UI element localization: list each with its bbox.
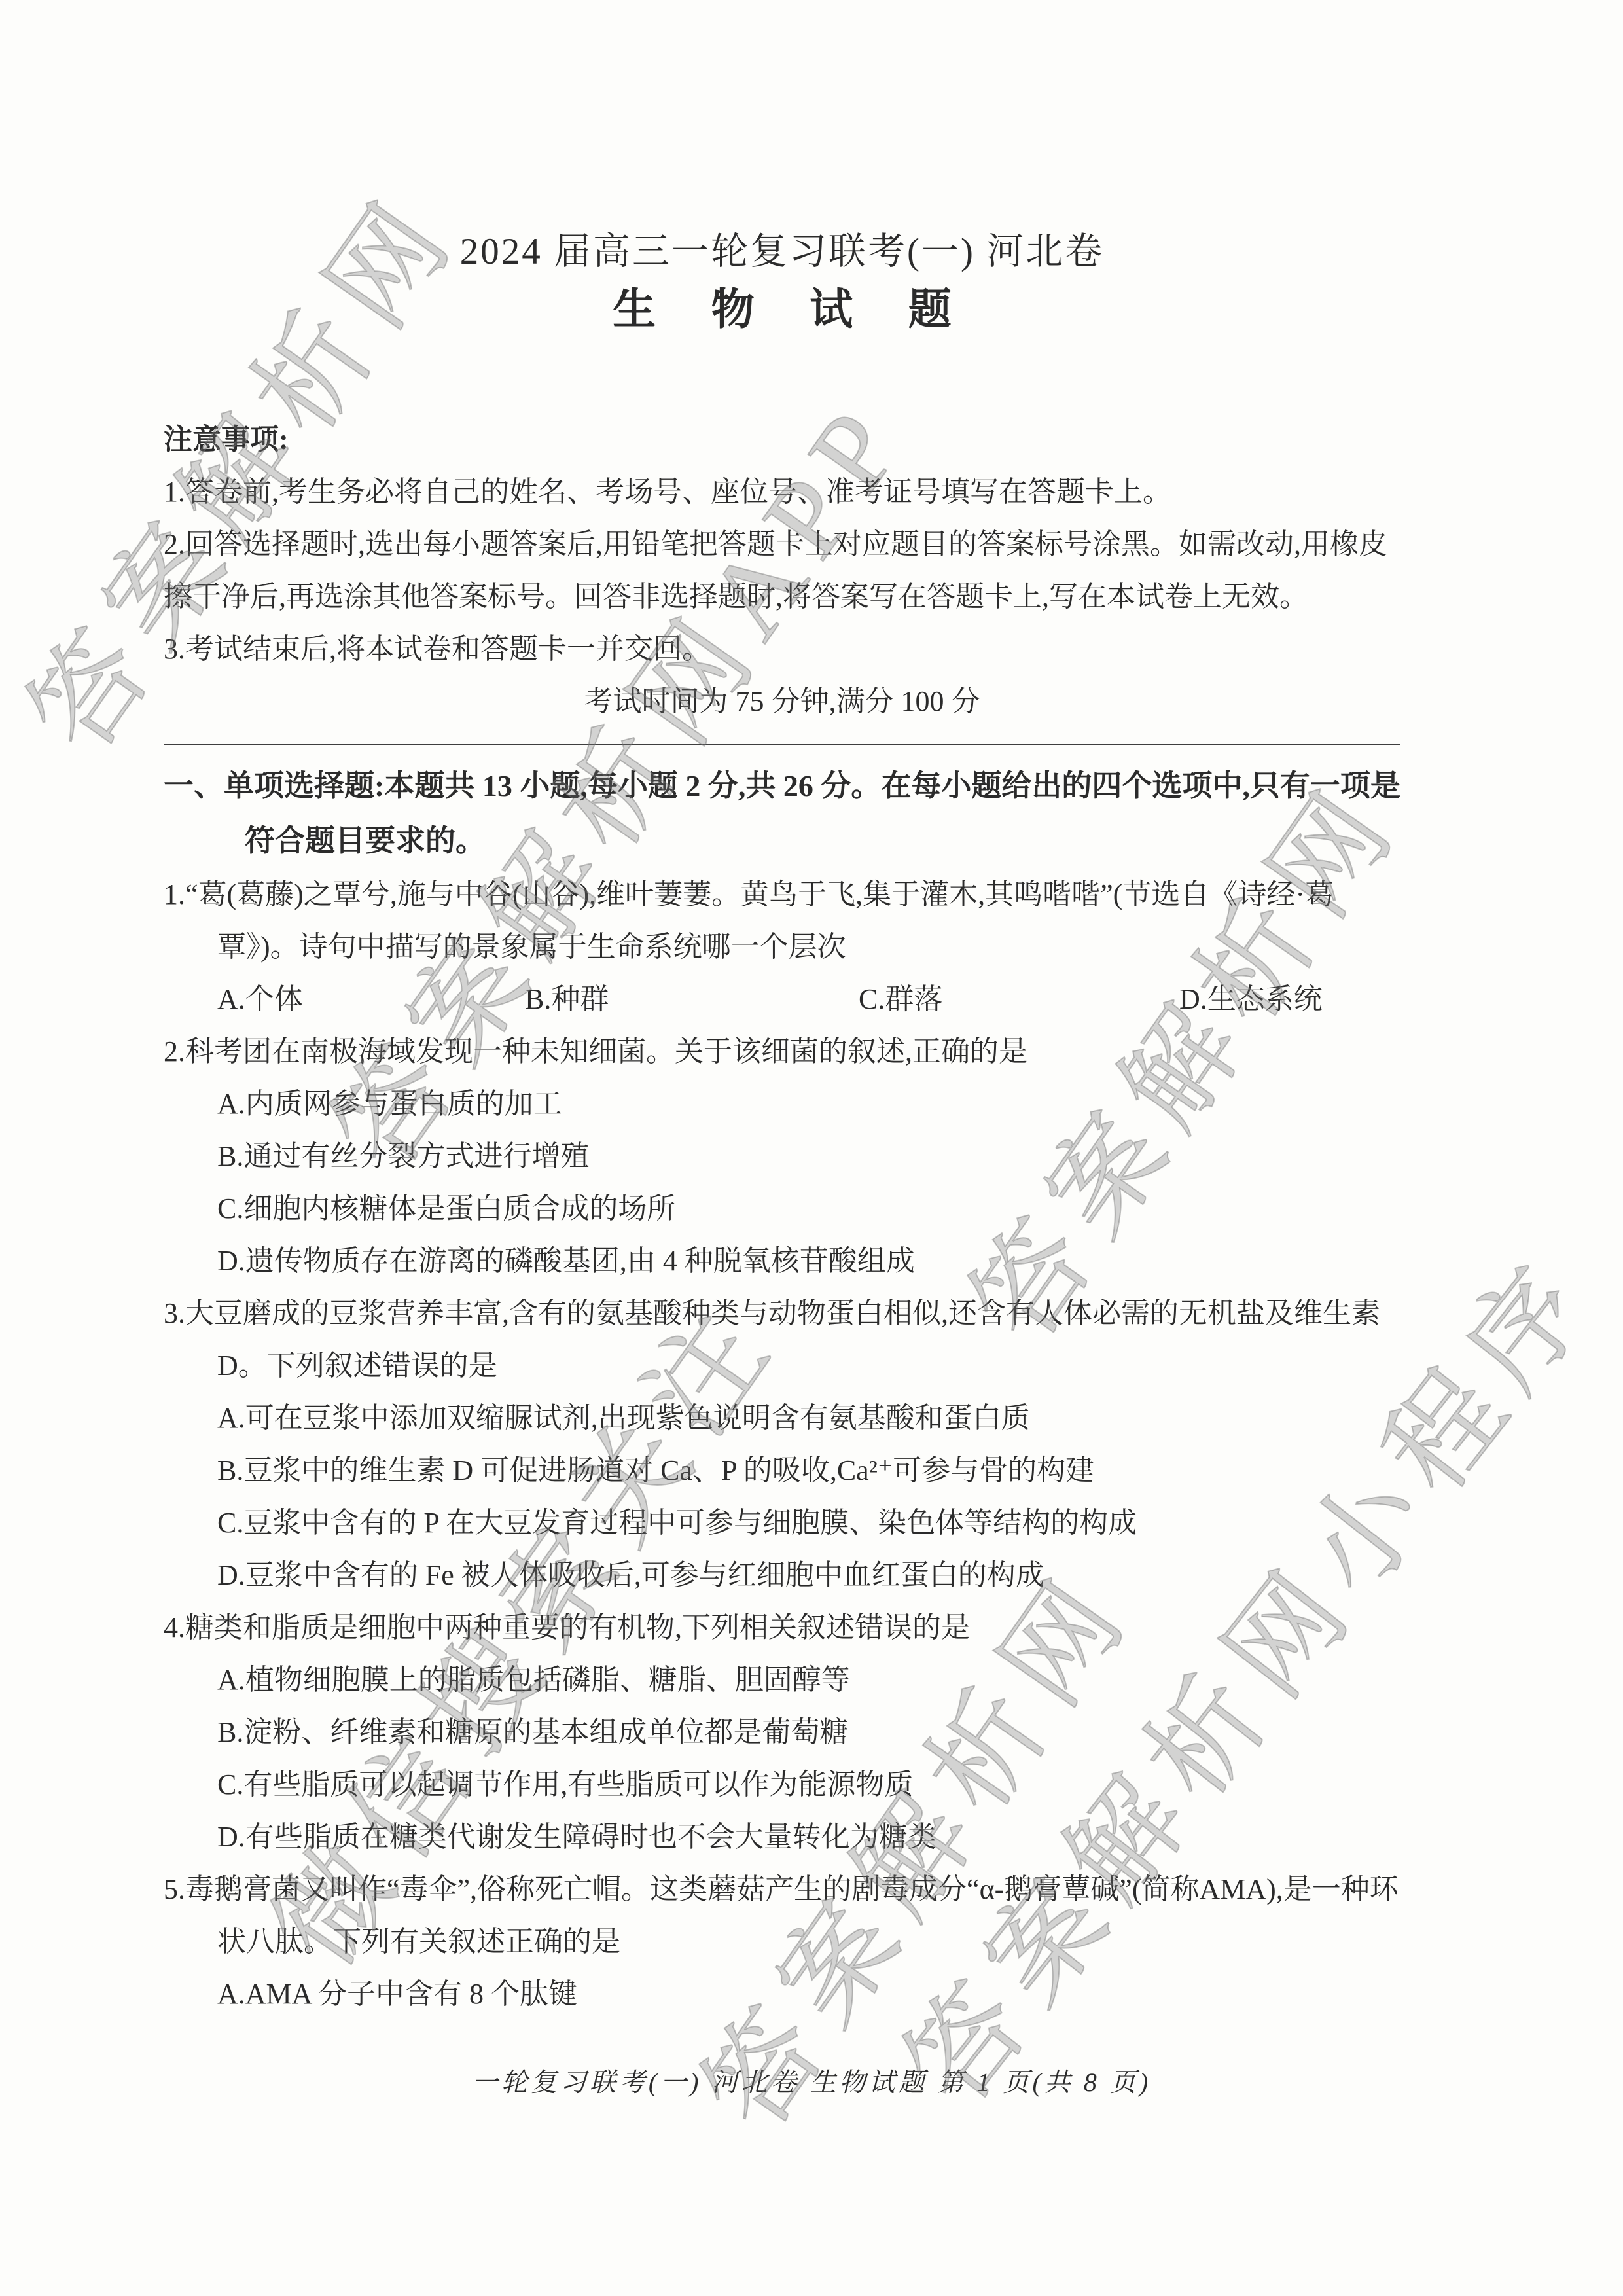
question-5: 5.毒鹅膏菌又叫作“毒伞”,俗称死亡帽。这类蘑菇产生的剧毒成分“α-鹅膏蕈碱”(… (164, 1863, 1400, 2020)
notice-item: 2.回答选择题时,选出每小题答案后,用铅笔把答题卡上对应题目的答案标号涂黑。如需… (164, 518, 1400, 623)
question-4: 4.糖类和脂质是细胞中两种重要的有机物,下列相关叙述错误的是 A.植物细胞膜上的… (164, 1602, 1400, 1863)
question-1: 1.“葛(葛藤)之覃兮,施与中谷(山谷),维叶萋萋。黄鸟于飞,集于灌木,其鸣喈喈… (164, 869, 1400, 1026)
question-number: 4. (164, 1611, 185, 1643)
option-c: C.群落 (859, 973, 1179, 1026)
question-3: 3.大豆磨成的豆浆营养丰富,含有的氨基酸种类与动物蛋白相似,还含有人体必需的无机… (164, 1287, 1400, 1602)
question-number: 2. (164, 1035, 185, 1067)
option-d: D.遗传物质存在游离的磷酸基团,由 4 种脱氧核苷酸组成 (217, 1235, 1400, 1287)
option-a: A.植物细胞膜上的脂质包括磷脂、糖脂、胆固醇等 (217, 1654, 1400, 1706)
exam-info: 考试时间为 75 分钟,满分 100 分 (164, 675, 1400, 728)
notice-item: 3.考试结束后,将本试卷和答题卡一并交回。 (164, 623, 1400, 675)
exam-subtitle: 生 物 试 题 (164, 285, 1400, 335)
option-d: D.豆浆中含有的 Fe 被人体吸收后,可参与红细胞中血红蛋白的构成 (217, 1549, 1400, 1602)
question-stem: 毒鹅膏菌又叫作“毒伞”,俗称死亡帽。这类蘑菇产生的剧毒成分“α-鹅膏蕈碱”(简称… (185, 1873, 1399, 1958)
option-d: D.生态系统 (1179, 973, 1323, 1026)
question-stem: 糖类和脂质是细胞中两种重要的有机物,下列相关叙述错误的是 (185, 1611, 970, 1643)
question-2: 2.科考团在南极海域发现一种未知细菌。关于该细菌的叙述,正确的是 A.内质网参与… (164, 1026, 1400, 1287)
footer-page-info: 一轮复习联考(一) 河北卷 生物试题 第 1 页(共 8 页) (0, 2062, 1623, 2099)
option-a: A.可在豆浆中添加双缩脲试剂,出现紫色说明含有氨基酸和蛋白质 (217, 1392, 1400, 1444)
option-a: A.个体 (217, 973, 525, 1026)
exam-title: 2024 届高三一轮复习联考(一) 河北卷 (164, 230, 1400, 274)
option-d: D.有些脂质在糖类代谢发生障碍时也不会大量转化为糖类 (217, 1811, 1400, 1863)
divider (164, 744, 1400, 745)
notice-item: 1.答卷前,考生务必将自己的姓名、考场号、座位号、准考证号填写在答题卡上。 (164, 466, 1400, 518)
section-heading: 一、单项选择题:本题共 13 小题,每小题 2 分,共 26 分。在每小题给出的… (164, 759, 1400, 869)
question-stem: “葛(葛藤)之覃兮,施与中谷(山谷),维叶萋萋。黄鸟于飞,集于灌木,其鸣喈喈”(… (185, 878, 1334, 963)
scanned-exam-page: 答案解析网 答案解析网APP 答案解析网 微信搜索关注 答案解析网 答案解析网小… (0, 0, 1623, 2296)
option-b: B.豆浆中的维生素 D 可促进肠道对 Ca、P 的吸收,Ca²⁺可参与骨的构建 (217, 1444, 1400, 1497)
question-number: 1. (164, 878, 185, 910)
question-stem: 大豆磨成的豆浆营养丰富,含有的氨基酸种类与动物蛋白相似,还含有人体必需的无机盐及… (185, 1297, 1380, 1382)
option-c: C.细胞内核糖体是蛋白质合成的场所 (217, 1183, 1400, 1235)
question-1-options: A.个体 B.种群 C.群落 D.生态系统 (164, 973, 1400, 1026)
question-number: 5. (164, 1873, 185, 1905)
notice-block: 注意事项: 1.答卷前,考生务必将自己的姓名、考场号、座位号、准考证号填写在答题… (164, 414, 1400, 728)
option-a: A.AMA 分子中含有 8 个肽键 (217, 1968, 1400, 2020)
notice-heading: 注意事项: (164, 414, 1400, 466)
option-b: B.种群 (525, 973, 859, 1026)
option-c: C.有些脂质可以起调节作用,有些脂质可以作为能源物质 (217, 1759, 1400, 1811)
question-number: 3. (164, 1297, 185, 1329)
question-stem: 科考团在南极海域发现一种未知细菌。关于该细菌的叙述,正确的是 (185, 1035, 1027, 1067)
option-b: B.通过有丝分裂方式进行增殖 (217, 1130, 1400, 1183)
option-b: B.淀粉、纤维素和糖原的基本组成单位都是葡萄糖 (217, 1706, 1400, 1759)
option-c: C.豆浆中含有的 P 在大豆发育过程中可参与细胞膜、染色体等结构的构成 (217, 1497, 1400, 1549)
exam-content: 2024 届高三一轮复习联考(一) 河北卷 生 物 试 题 注意事项: 1.答卷… (164, 0, 1400, 2020)
option-a: A.内质网参与蛋白质的加工 (217, 1078, 1400, 1130)
